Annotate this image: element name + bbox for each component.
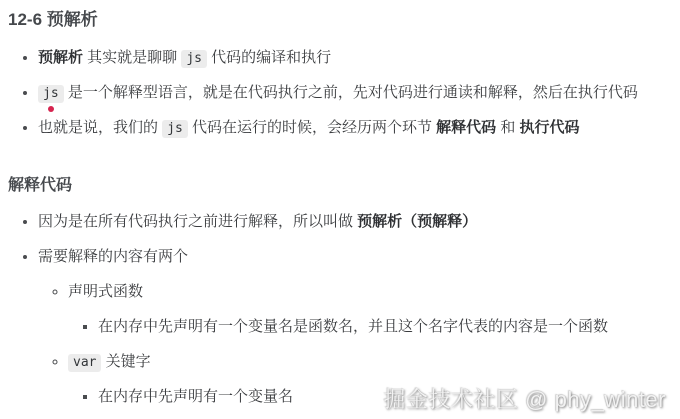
inline-code: js bbox=[162, 120, 188, 138]
inline-code-with-red-dot-marker: js bbox=[38, 85, 64, 103]
text: 在内存中先声明有一个变量名是函数名，并且这个名字代表的内容是一个函数 bbox=[98, 318, 608, 335]
document-page: 12-6 预解析 预解析 其实就是聊聊 js 代码的编译和执行js 是一个解释型… bbox=[0, 0, 680, 419]
text: 需要解释的内容有两个 bbox=[38, 248, 188, 265]
bold-text: 预解析 bbox=[38, 49, 83, 66]
bullet-sublist-level-3: 在内存中先声明有一个变量名是函数名，并且这个名字代表的内容是一个函数 bbox=[68, 317, 672, 337]
text: 代码在运行的时候，会经历两个环节 bbox=[188, 119, 436, 136]
bold-text: 执行代码 bbox=[520, 119, 580, 136]
list-item: 因为是在所有代码执行之前进行解释，所以叫做 预解析（预解释） bbox=[38, 212, 672, 232]
list-item: 声明式函数在内存中先声明有一个变量名是函数名，并且这个名字代表的内容是一个函数 bbox=[68, 282, 672, 337]
list-item: 预解析 其实就是聊聊 js 代码的编译和执行 bbox=[38, 48, 672, 68]
bold-text: 解释代码 bbox=[436, 119, 496, 136]
text: 声明式函数 bbox=[68, 283, 143, 300]
intro-bullet-list: 预解析 其实就是聊聊 js 代码的编译和执行js 是一个解释型语言，就是在代码执… bbox=[8, 48, 672, 138]
text: 在内存中先声明有一个变量名 bbox=[98, 388, 293, 405]
watermark: 掘金技术社区 @ phy_winter bbox=[384, 383, 666, 414]
list-item: js 是一个解释型语言，就是在代码执行之前，先对代码进行通读和解释，然后在执行代… bbox=[38, 83, 672, 103]
text: 和 bbox=[496, 119, 519, 136]
list-item: 在内存中先声明有一个变量名是函数名，并且这个名字代表的内容是一个函数 bbox=[98, 317, 672, 337]
bold-text: 预解析（预解释） bbox=[357, 213, 477, 230]
page-title: 12-6 预解析 bbox=[8, 9, 672, 31]
inline-code: js bbox=[181, 50, 207, 68]
text: 因为是在所有代码执行之前进行解释，所以叫做 bbox=[38, 213, 357, 230]
text: 是一个解释型语言，就是在代码执行之前，先对代码进行通读和解释，然后在执行代码 bbox=[64, 84, 638, 101]
text: 代码的编译和执行 bbox=[207, 49, 331, 66]
text: 其实就是聊聊 bbox=[83, 49, 181, 66]
text: 关键字 bbox=[101, 353, 150, 370]
explain-bullet-list: 因为是在所有代码执行之前进行解释，所以叫做 预解析（预解释）需要解释的内容有两个… bbox=[8, 212, 672, 407]
text: 也就是说，我们的 bbox=[38, 119, 162, 136]
section-heading: 解释代码 bbox=[8, 175, 672, 196]
inline-code: var bbox=[68, 354, 101, 372]
list-item: 也就是说，我们的 js 代码在运行的时候，会经历两个环节 解释代码 和 执行代码 bbox=[38, 118, 672, 138]
